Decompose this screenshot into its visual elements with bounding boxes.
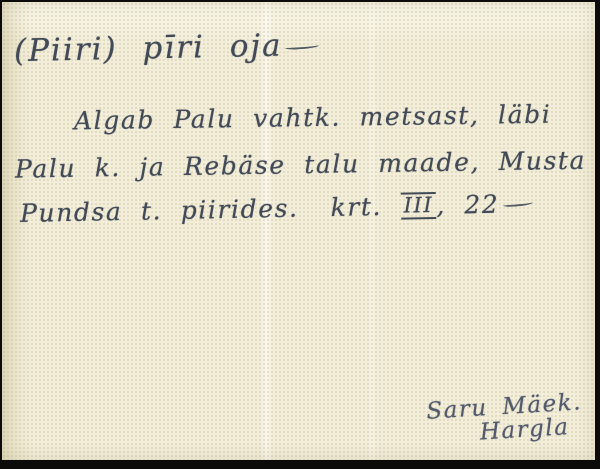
card-title-line: (Piiri) pīri oja (14, 27, 319, 69)
body-text: Algab Palu vahtk. metsast, läbi (74, 100, 552, 136)
map-ref-suffix: , 22 (436, 190, 500, 220)
handwritten-line: Pundsa t. piirides.krt. III, 22 (20, 189, 534, 228)
handwritten-line: Palu k. ja Rebäse talu maade, Musta jõkk… (15, 143, 595, 183)
ink-flourish (284, 43, 318, 50)
signature-block: Saru Mäek. Hargla (426, 389, 584, 448)
map-ref-roman-numeral: III (400, 192, 436, 220)
place-name-title: (Piiri) pīri oja (14, 28, 283, 70)
index-card: (Piiri) pīri oja Algab Palu vahtk. metsa… (2, 2, 595, 460)
handwritten-line: Algab Palu vahtk. metsast, läbi (74, 100, 552, 136)
map-reference: krt. III, 22 (330, 190, 499, 222)
body-text: Palu k. ja Rebäse talu maade, Musta jõkk… (15, 144, 595, 183)
map-ref-prefix: krt. (330, 192, 382, 222)
scanned-card-photo: (Piiri) pīri oja Algab Palu vahtk. metsa… (0, 0, 600, 469)
ink-flourish (503, 200, 533, 207)
body-text: Pundsa t. piirides. (20, 194, 299, 228)
